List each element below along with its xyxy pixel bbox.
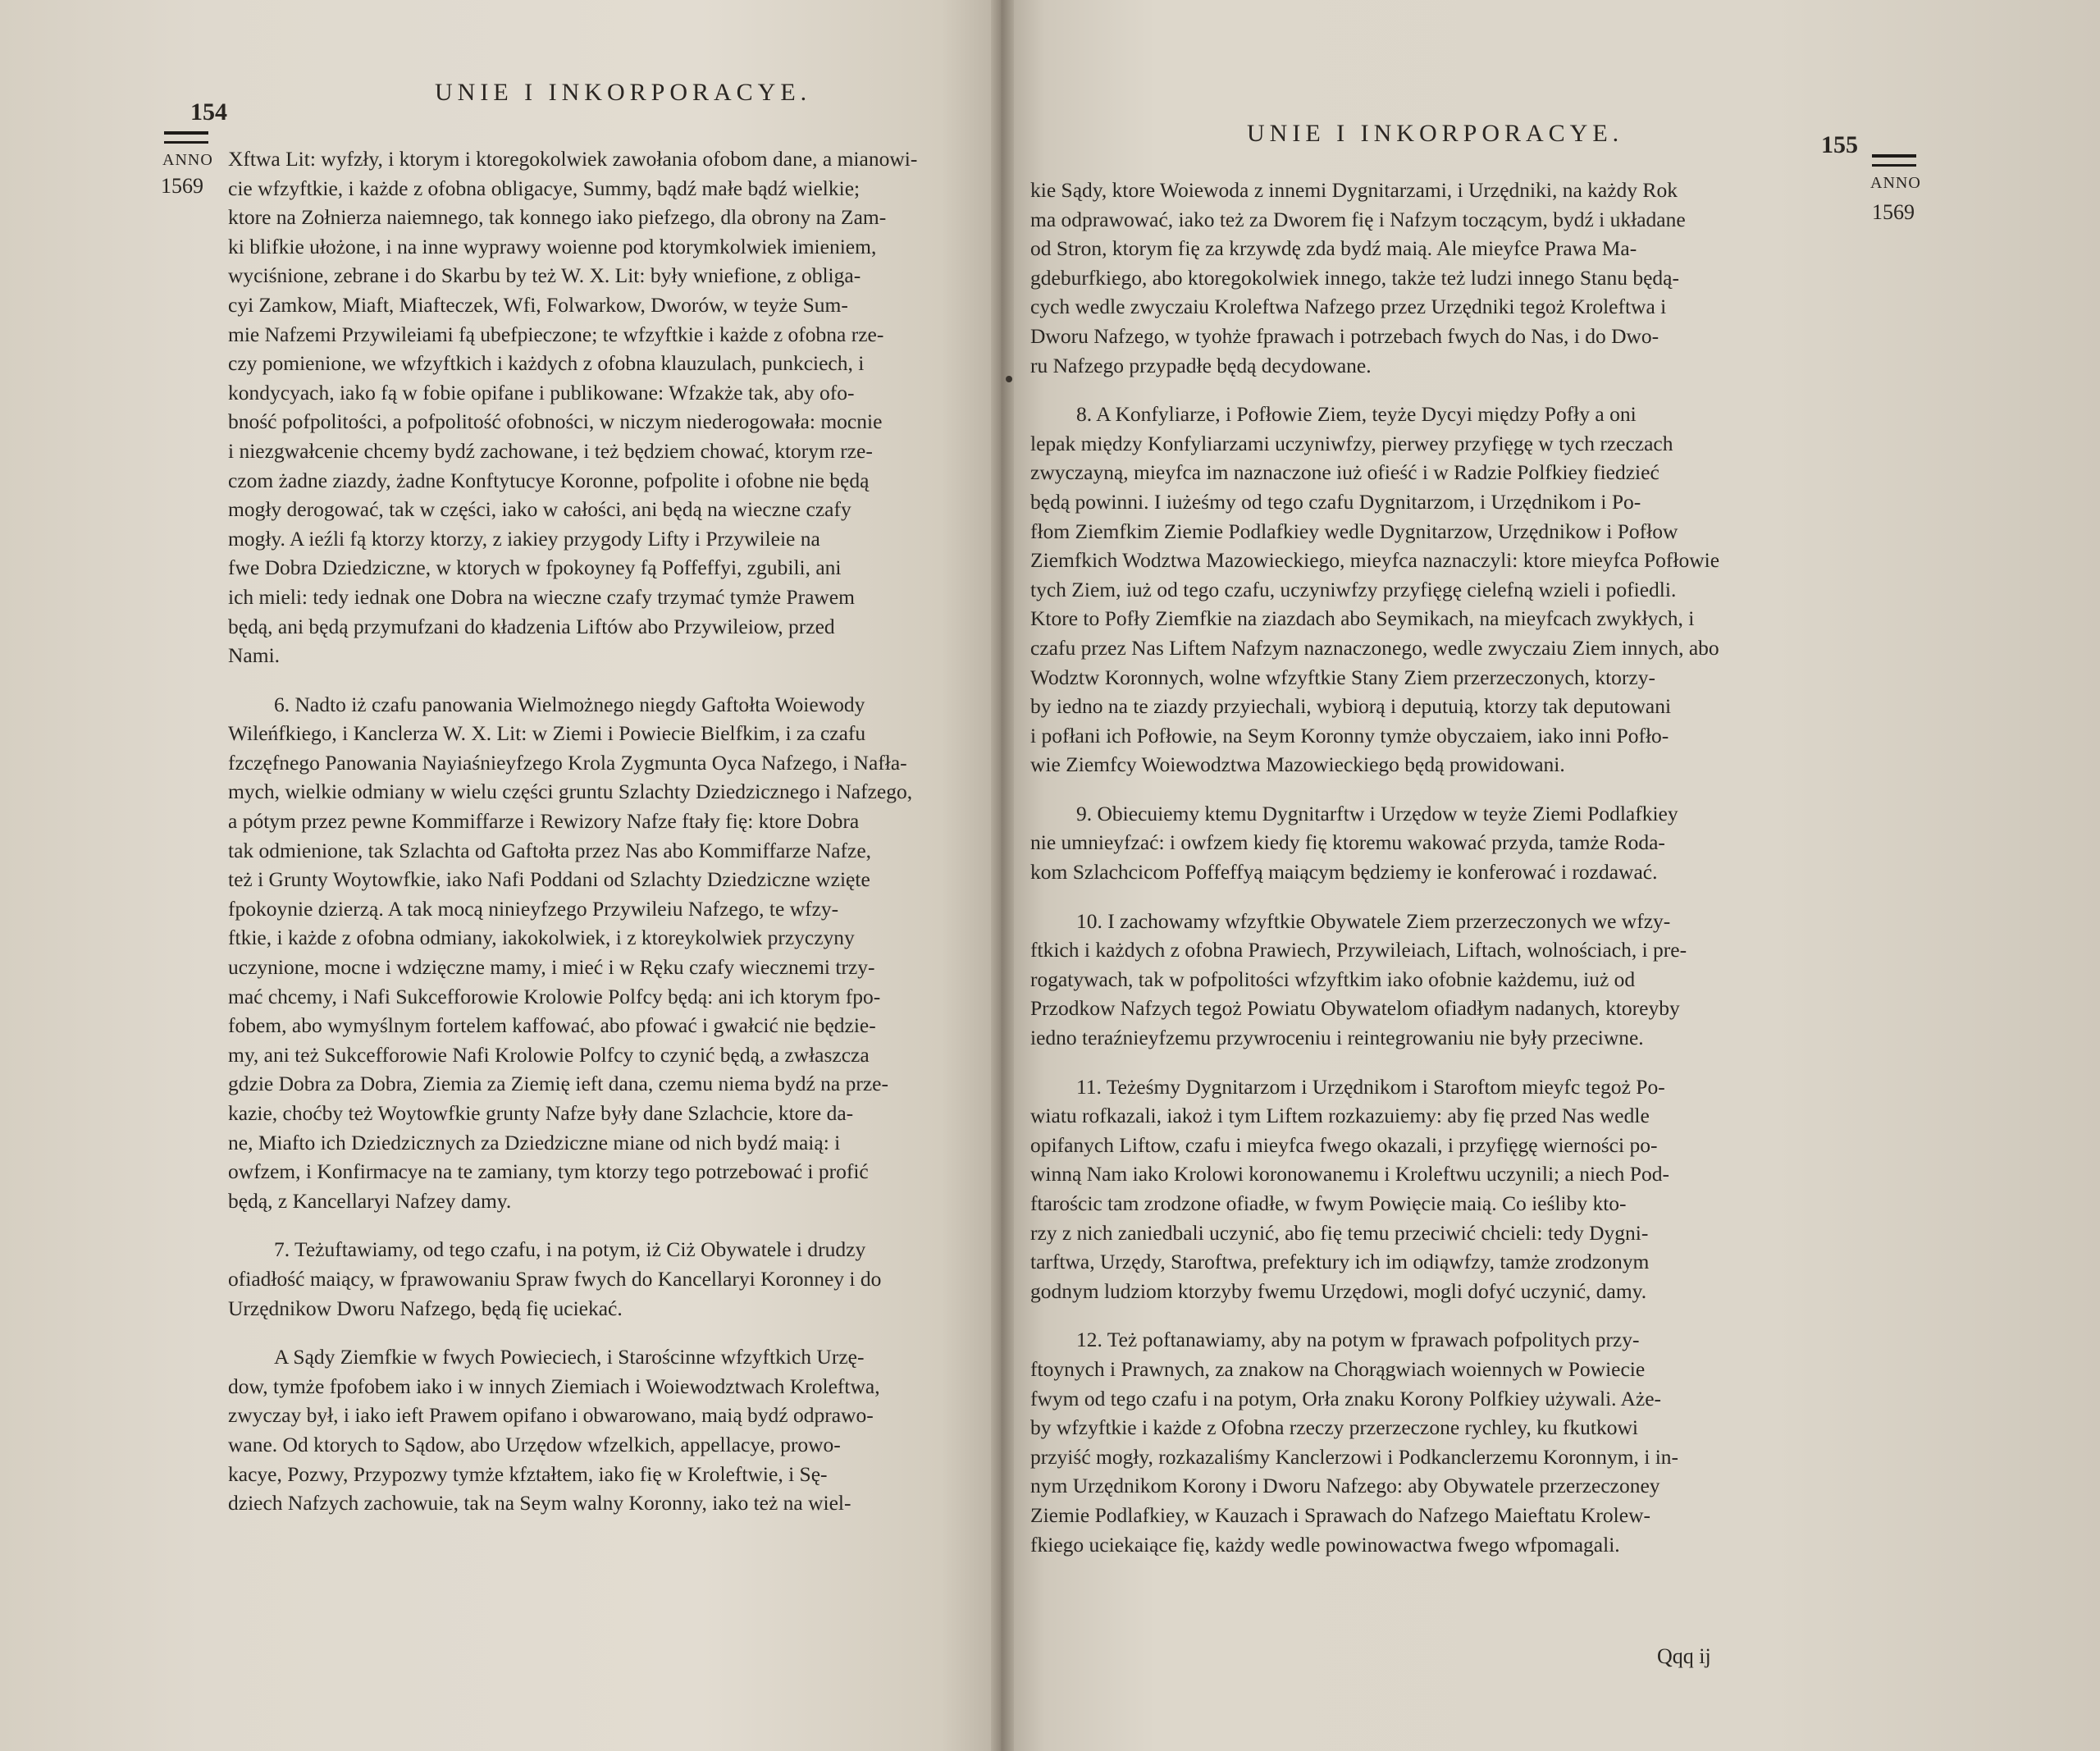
book-spread: 154 UNIE I INKORPORACYE. ANNO 1569 Xftwa…: [0, 0, 2100, 1751]
text-line: nym Urzędnikom Korony i Dworu Nafzego: a…: [1030, 1471, 1851, 1501]
book-gutter: [991, 0, 1014, 1751]
left-text-block: Xftwa Lit: wyfzły, i ktorym i ktoregokol…: [228, 144, 989, 1538]
ornamental-rule-icon: [1872, 154, 1916, 167]
text-line: rzy z nich zaniedbali uczynić, abo fię t…: [1030, 1218, 1851, 1248]
right-text-block: kie Sądy, ktore Woiewoda z innemi Dygnit…: [1030, 176, 1851, 1579]
text-line: cych wedle zwyczaiu Kroleftwa Nafzego pr…: [1030, 292, 1851, 322]
ornamental-rule-icon: [164, 131, 208, 144]
text-line: czom żadne ziazdy, żadne Konftytucye Kor…: [228, 466, 989, 496]
page-number-right: 155: [1821, 131, 1858, 159]
text-line: wyciśnione, zebrane i do Skarbu by też W…: [228, 261, 989, 290]
text-line: 11. Teżeśmy Dygnitarzom i Urzędnikom i S…: [1030, 1072, 1851, 1102]
text-line: 9. Obiecuiemy ktemu Dygnitarftw i Urzędo…: [1030, 799, 1851, 829]
paragraph-12: 12. Też poftanawiamy, aby na potym w fpr…: [1030, 1325, 1851, 1559]
text-line: Przodkow Nafzych tegoż Powiatu Obywatelo…: [1030, 994, 1851, 1023]
text-line: bność pofpolitości, a pofpolitość ofobno…: [228, 407, 989, 437]
left-page: 154 UNIE I INKORPORACYE. ANNO 1569 Xftwa…: [0, 0, 1001, 1751]
text-line: wie Ziemfcy Woiewodztwa Mazowieckiego bę…: [1030, 750, 1851, 779]
text-line: zwyczay był, i iako ieft Prawem opifano …: [228, 1401, 989, 1430]
text-line: uczynione, mocne i wdzięczne mamy, i mie…: [228, 953, 989, 982]
paragraph-7: 7. Teżuftawiamy, od tego czafu, i na pot…: [228, 1235, 989, 1323]
text-line: kom Szlachcicom Poffeffyą maiącym będzie…: [1030, 857, 1851, 887]
text-line: ftkie, i każde z ofobna odmiany, iakokol…: [228, 923, 989, 953]
text-line: Ktore to Pofły Ziemfkie na ziazdach abo …: [1030, 604, 1851, 633]
paragraph-continuation: kie Sądy, ktore Woiewoda z innemi Dygnit…: [1030, 176, 1851, 380]
text-line: tych Ziem, iuż od tego czafu, uczyniwfzy…: [1030, 575, 1851, 605]
margin-anno-left: ANNO: [162, 151, 213, 170]
text-line: A Sądy Ziemfkie w fwych Powieciech, i St…: [228, 1342, 989, 1372]
paragraph-10: 10. I zachowamy wfzyftkie Obywatele Ziem…: [1030, 907, 1851, 1053]
text-line: mych, wielkie odmiany w wielu części gru…: [228, 777, 989, 807]
text-line: dziech Nafzych zachowuie, tak na Seym wa…: [228, 1488, 989, 1518]
text-line: nie umnieyfzać: i owfzem kiedy fię ktore…: [1030, 828, 1851, 857]
text-line: ftkich i każdych z ofobna Prawiech, Przy…: [1030, 935, 1851, 965]
text-line: lepak między Konfyliarzami uczyniwfzy, p…: [1030, 429, 1851, 459]
text-line: godnym ludziom ktorzyby fwemu Urzędowi, …: [1030, 1277, 1851, 1306]
text-line: ftarościc tam zrodzone ofiadłe, w fwym P…: [1030, 1189, 1851, 1218]
text-line: fobem, abo wymyślnym fortelem kaffować, …: [228, 1011, 989, 1040]
text-line: będą, z Kancellaryi Nafzey damy.: [228, 1186, 989, 1216]
running-head-right: UNIE I INKORPORACYE.: [1247, 120, 1623, 148]
text-line: cie wfzyftkie, i każde z ofobna obligacy…: [228, 174, 989, 203]
text-line: tarftwa, Urzędy, Staroftwa, prefektury i…: [1030, 1247, 1851, 1277]
text-line: gdeburfkiego, abo ktoregokolwiek innego,…: [1030, 263, 1851, 293]
margin-year-right: 1569: [1872, 200, 1915, 225]
paragraph-6: 6. Nadto iż czafu panowania Wielmożnego …: [228, 690, 989, 1216]
text-line: my, ani też Sukcefforowie Nafi Krolowie …: [228, 1040, 989, 1070]
text-line: cyi Zamkow, Miaft, Miafteczek, Wfi, Folw…: [228, 290, 989, 320]
text-line: kondycyach, iako fą w fobie opifane i pu…: [228, 378, 989, 408]
text-line: Ziemie Podlafkiey, w Kauzach i Sprawach …: [1030, 1501, 1851, 1530]
text-line: wiatu rofkazali, iakoż i tym Liftem rozk…: [1030, 1101, 1851, 1131]
text-line: i pofłani ich Pofłowie, na Seym Koronny …: [1030, 721, 1851, 751]
text-line: fkiego uciekaiące fię, każdy wedle powin…: [1030, 1530, 1851, 1560]
margin-year-left: 1569: [161, 174, 203, 199]
text-line: fzczęfnego Panowania Nayiaśnieyfzego Kro…: [228, 748, 989, 778]
text-line: ofiadłość maiący, w fprawowaniu Spraw fw…: [228, 1264, 989, 1294]
text-line: mogły. A ieźli fą ktorzy ktorzy, z iakie…: [228, 524, 989, 554]
text-line: ru Nafzego przypadłe będą decydowane.: [1030, 351, 1851, 381]
right-page: UNIE I INKORPORACYE. 155 ANNO 1569 kie S…: [1001, 0, 2100, 1751]
text-line: tak odmienione, tak Szlachta od Gaftołta…: [228, 836, 989, 866]
text-line: mogły derogować, tak w części, iako w ca…: [228, 495, 989, 524]
text-line: Wileńfkiego, i Kanclerza W. X. Lit: w Zi…: [228, 719, 989, 748]
text-line: 12. Też poftanawiamy, aby na potym w fpr…: [1030, 1325, 1851, 1355]
text-line: będą powinni. I iużeśmy od tego czafu Dy…: [1030, 487, 1851, 517]
text-line: fwym od tego czafu i na potym, Orła znak…: [1030, 1384, 1851, 1414]
text-line: fwe Dobra Dziedziczne, w ktorych w fpoko…: [228, 553, 989, 583]
text-line: ich mieli: tedy iednak one Dobra na wiec…: [228, 583, 989, 612]
signature-mark: Qqq ij: [1657, 1644, 1711, 1669]
text-line: 8. A Konfyliarze, i Pofłowie Ziem, teyże…: [1030, 400, 1851, 429]
text-line: będą, ani będą przymufzani do kładzenia …: [228, 612, 989, 642]
text-line: też i Grunty Woytowfkie, iako Nafi Podda…: [228, 865, 989, 894]
text-line: Xftwa Lit: wyfzły, i ktorym i ktoregokol…: [228, 144, 989, 174]
text-line: kazie, choćby też Woytowfkie grunty Nafz…: [228, 1099, 989, 1128]
paragraph-11: 11. Teżeśmy Dygnitarzom i Urzędnikom i S…: [1030, 1072, 1851, 1306]
text-line: Ziemfkich Wodztwa Mazowieckiego, mieyfca…: [1030, 546, 1851, 575]
text-line: Nami.: [228, 641, 989, 670]
text-line: przyiść mogły, rozkazaliśmy Kanclerzowi …: [1030, 1442, 1851, 1472]
text-line: mać chcemy, i Nafi Sukcefforowie Krolowi…: [228, 982, 989, 1012]
text-line: a pótym przez pewne Kommiffarze i Rewizo…: [228, 807, 989, 836]
text-line: by iedno na te ziazdy przyiechali, wybio…: [1030, 692, 1851, 721]
text-line: fpokoynie dzierzą. A tak mocą ninieyfzeg…: [228, 894, 989, 924]
paragraph-9: 9. Obiecuiemy ktemu Dygnitarftw i Urzędo…: [1030, 799, 1851, 887]
text-line: fłom Ziemfkim Ziemie Podlafkiey wedle Dy…: [1030, 517, 1851, 546]
text-line: winną Nam iako Krolowi koronowanemu i Kr…: [1030, 1159, 1851, 1189]
text-line: kie Sądy, ktore Woiewoda z innemi Dygnit…: [1030, 176, 1851, 205]
text-line: iedno teraźnieyfzemu przywroceniu i rein…: [1030, 1023, 1851, 1053]
text-line: Wodztw Koronnych, wolne wfzyftkie Stany …: [1030, 663, 1851, 693]
page-number-left: 154: [190, 98, 227, 126]
text-line: wane. Od ktorych to Sądow, abo Urzędow w…: [228, 1430, 989, 1460]
text-line: od Stron, ktorym fię za krzywdę zda bydź…: [1030, 234, 1851, 263]
text-line: ktore na Zołnierza naiemnego, tak konneg…: [228, 203, 989, 232]
text-line: Dworu Nafzego, w tyohże fprawach i potrz…: [1030, 322, 1851, 351]
text-line: mie Nafzemi Przywileiami fą ubefpieczone…: [228, 320, 989, 350]
text-line: rogatywach, tak w pofpolitości wfzyftkim…: [1030, 965, 1851, 994]
text-line: i niezgwałcenie chcemy bydź zachowane, i…: [228, 437, 989, 466]
margin-anno-right: ANNO: [1870, 174, 1921, 193]
running-head-left: UNIE I INKORPORACYE.: [435, 79, 811, 107]
text-line: opifanych Liftow, czafu i mieyfca fwego …: [1030, 1131, 1851, 1160]
paragraph-7-continued: A Sądy Ziemfkie w fwych Powieciech, i St…: [228, 1342, 989, 1518]
text-line: gdzie Dobra za Dobra, Ziemia za Ziemię i…: [228, 1069, 989, 1099]
text-line: ftoynych i Prawnych, za znakow na Chorąg…: [1030, 1355, 1851, 1384]
text-line: by wfzyftkie i każde z Ofobna rzeczy prz…: [1030, 1413, 1851, 1442]
text-line: 10. I zachowamy wfzyftkie Obywatele Ziem…: [1030, 907, 1851, 936]
paragraph-continuation: Xftwa Lit: wyfzły, i ktorym i ktoregokol…: [228, 144, 989, 670]
text-line: 6. Nadto iż czafu panowania Wielmożnego …: [228, 690, 989, 720]
text-line: owfzem, i Konfirmacye na te zamiany, tym…: [228, 1157, 989, 1186]
text-line: czafu przez Nas Liftem Nafzym naznaczone…: [1030, 633, 1851, 663]
paragraph-8: 8. A Konfyliarze, i Pofłowie Ziem, teyże…: [1030, 400, 1851, 779]
text-line: kacye, Pozwy, Przypozwy tymże kfztałtem,…: [228, 1460, 989, 1489]
text-line: Urzędnikow Dworu Nafzego, będą fię uciek…: [228, 1294, 989, 1324]
text-line: zwyczayną, mieyfca im naznaczone iuż ofi…: [1030, 458, 1851, 487]
text-line: czy pomienione, we wfzyftkich i każdych …: [228, 349, 989, 378]
text-line: dow, tymże fpofobem iako i w innych Ziem…: [228, 1372, 989, 1401]
text-line: ma odprawować, iako też za Dworem fię i …: [1030, 205, 1851, 235]
text-line: 7. Teżuftawiamy, od tego czafu, i na pot…: [228, 1235, 989, 1264]
text-line: ne, Miafto ich Dziedzicznych za Dziedzic…: [228, 1128, 989, 1158]
text-line: ki blifkie ułożone, i na inne wyprawy wo…: [228, 232, 989, 262]
